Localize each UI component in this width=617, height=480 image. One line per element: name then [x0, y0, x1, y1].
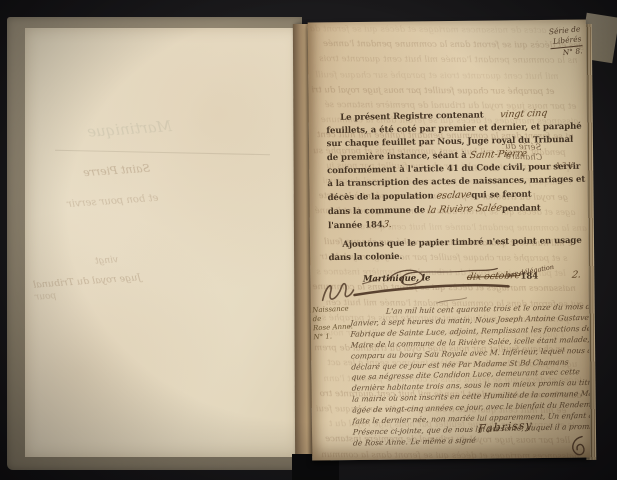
bleedthrough-layer: les actes de naissances mariages et décè… — [308, 20, 586, 23]
printed-text: Ajoutons que le papier timbré n'est poin… — [342, 236, 581, 250]
ink-bleedthrough-line: vingt — [95, 255, 119, 267]
ink-bleedthrough-line: et bon pour servir — [67, 193, 159, 210]
printed-text: dans la colonie. — [329, 252, 403, 263]
ink-bleedthrough-line: ges et décès qui se feront dans la commu… — [323, 39, 584, 51]
printed-text: Le présent Registre contenant — [340, 110, 487, 123]
printed-text: pendant — [502, 203, 541, 214]
handwritten-insert: Saint-Pierre — [469, 147, 528, 162]
handwritten-insert: esclave — [436, 188, 473, 202]
handwritten-act: L'an mil huit cent quarante trois et le … — [350, 302, 589, 450]
handwritten-insert: 3. — [382, 218, 393, 231]
ink-bleedthrough-line: pour — [35, 291, 57, 302]
ink-bleedthrough-line: mil huit cent quarante trois et paraphé … — [315, 70, 558, 82]
ink-bleedthrough-line: les actes de naissances mariages et décè… — [310, 24, 562, 36]
printed-text: sur chaque feuillet par Nous, Juge royal… — [327, 135, 574, 149]
handwritten-insert: vingt cinq — [486, 107, 549, 122]
printed-text: décès de la population — [327, 191, 436, 203]
printed-text: l'année 184 — [328, 220, 383, 231]
notice-line: l'année 1843. — [328, 215, 582, 233]
ink-bleedthrough-line: ns la commune pendant l'année mil huit c… — [319, 54, 577, 66]
ink-bleedthrough-line: et paraphé sur chaque feuillet par nous … — [311, 85, 554, 97]
ink-bleedthrough-rule — [55, 150, 270, 156]
paraph-flourish — [568, 434, 590, 460]
printed-register-notice: Le présent Registre contenant vingt cinq… — [326, 107, 583, 287]
left-pastedown-page: Martinique Saint Pierre et bon pour serv… — [25, 28, 300, 457]
left-cover-board: Martinique Saint Pierre et bon pour serv… — [7, 17, 302, 470]
printed-text: à la transcription des actes de naissanc… — [327, 175, 585, 190]
ink-bleedthrough-line: Saint Pierre — [83, 162, 151, 180]
handwritten-insert: la Rivière Salée — [427, 201, 503, 217]
corner-note-number: N° 8. — [551, 46, 583, 59]
ink-bleedthrough-line: Juge royal du Tribunal — [33, 272, 142, 291]
right-register-page: les actes de naissances mariages et décè… — [308, 20, 591, 461]
printed-text: qui se feront — [471, 190, 531, 201]
printed-text: de première instance, séant à — [327, 151, 470, 163]
archival-corner-note: Série de Libérés N° 8. — [549, 24, 584, 59]
printed-text: dans la commune de — [328, 205, 428, 217]
scanned-register-photo: Martinique Saint Pierre et bon pour serv… — [0, 0, 617, 480]
ink-bleedthrough-line: Martinique — [86, 117, 172, 141]
ink-bleedthrough-line: naissances mariages et décès qui se fero… — [321, 450, 579, 461]
